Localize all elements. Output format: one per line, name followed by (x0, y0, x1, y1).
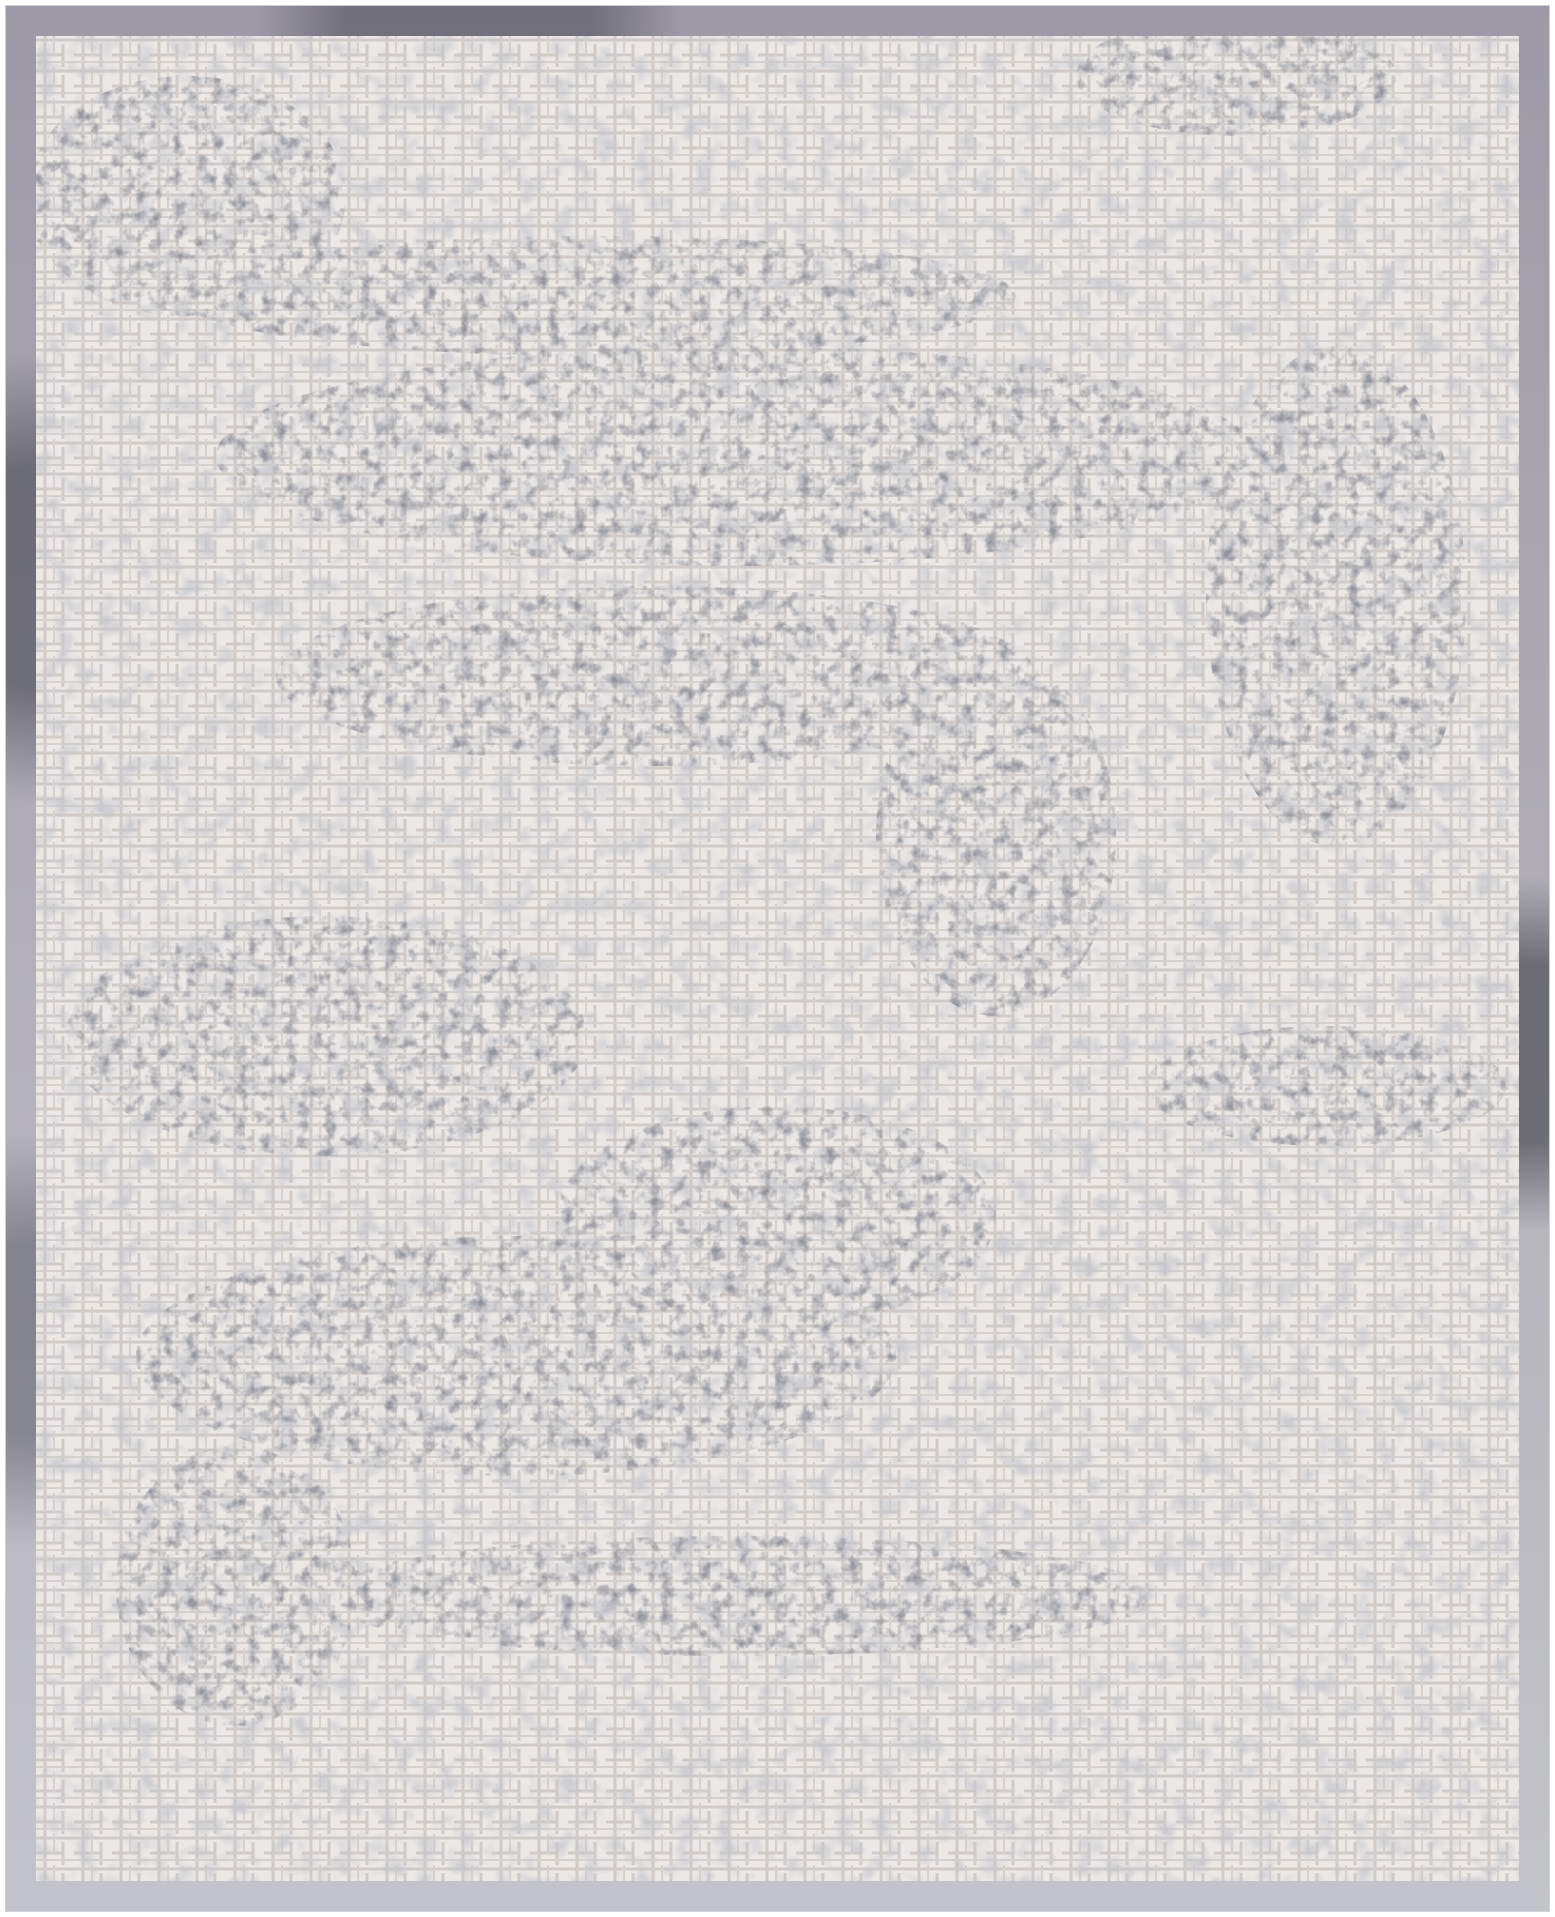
rug-photo (6, 6, 1549, 1911)
rug-pattern (36, 36, 1519, 1881)
rug-field (36, 36, 1519, 1881)
